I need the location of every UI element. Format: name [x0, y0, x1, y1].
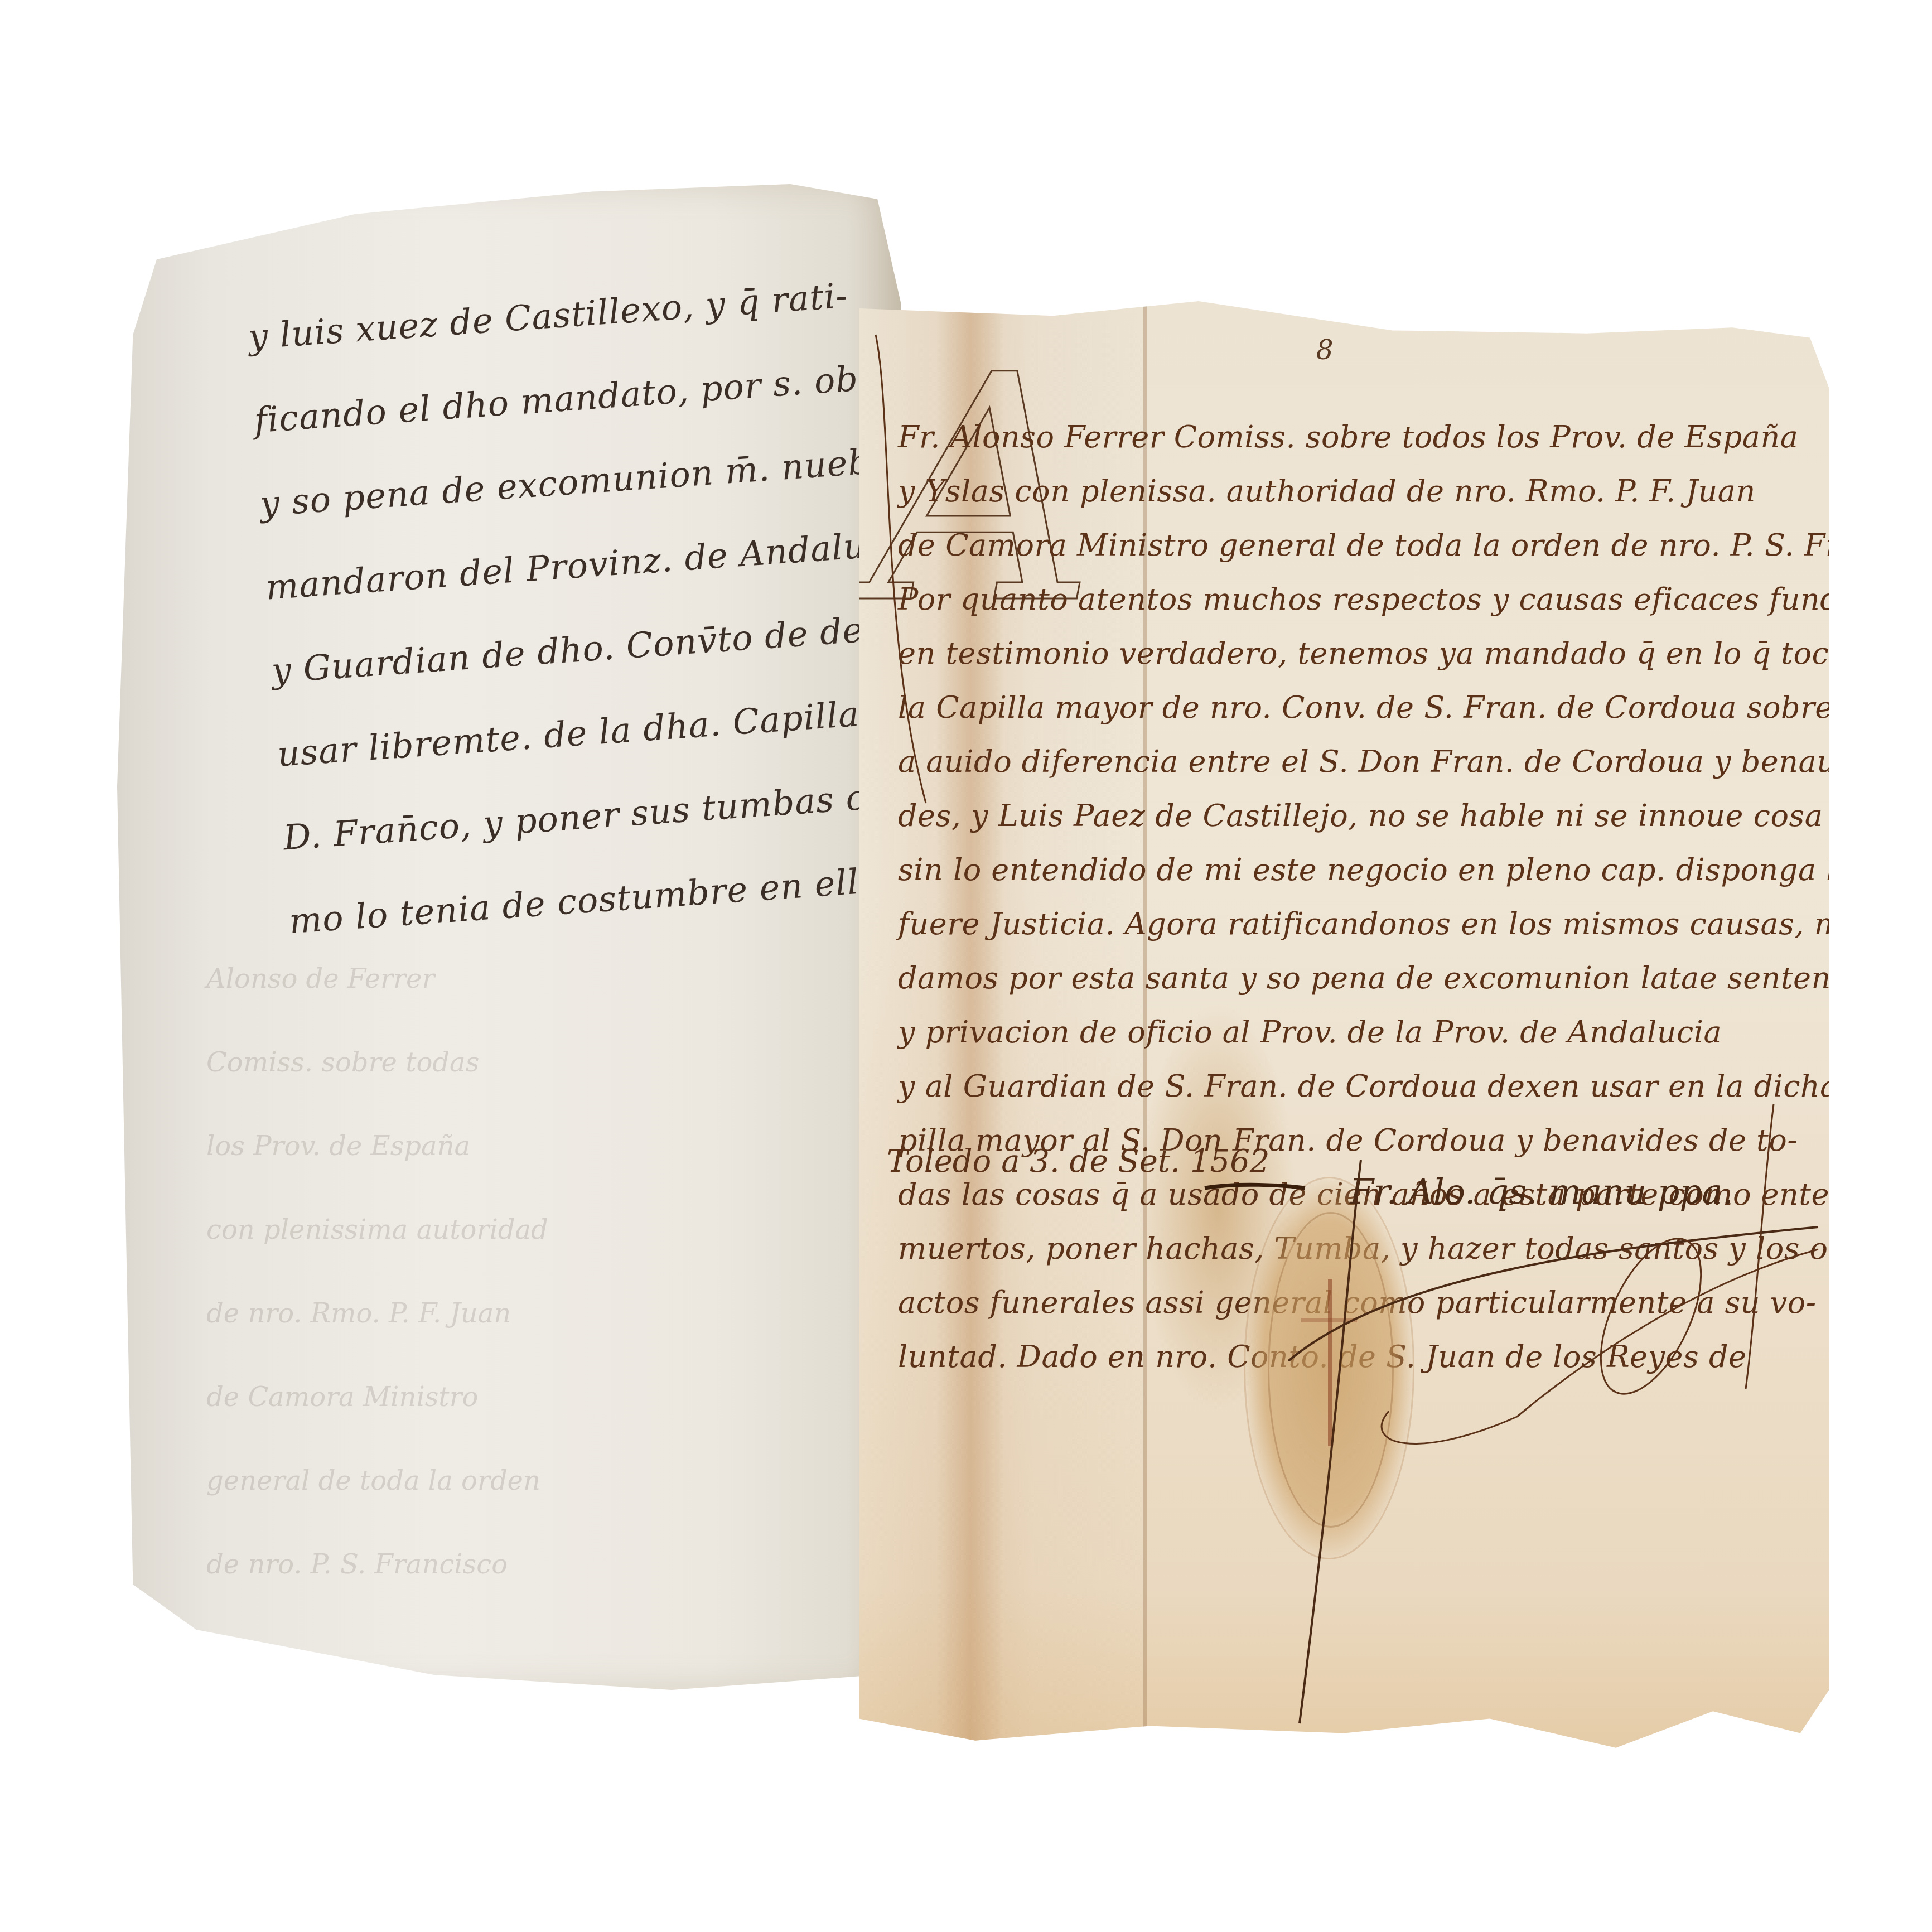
- seal-figure-arms: [1301, 1318, 1357, 1322]
- right-line: Por quanto atentos muchos respectos y ca…: [898, 572, 1813, 626]
- right-line: damos por esta santa y so pena de excomu…: [898, 951, 1813, 1005]
- bleed-line: con plenissima autoridad: [206, 1188, 876, 1272]
- right-line: y Yslas con plenissa. authoridad de nro.…: [898, 464, 1813, 518]
- right-page: 8 A Fr. Alonso Ferrer Comiss. sobre todo…: [859, 301, 1829, 1762]
- seal-icon: [1244, 1177, 1414, 1559]
- right-line: Fr. Alonso Ferrer Comiss. sobre todos lo…: [898, 410, 1813, 464]
- right-line: fuere Justicia. Agora ratificandonos en …: [898, 897, 1813, 951]
- left-page: y luis xuez de Castillexo, y q̄ rati- fi…: [117, 184, 909, 1690]
- bleed-through-text: Alonso de Ferrer Comiss. sobre todas los…: [206, 937, 876, 1606]
- bleed-line: de nro. P. S. Francisco: [206, 1523, 876, 1606]
- bleed-line: Comiss. sobre todas: [206, 1021, 876, 1104]
- bleed-line: los Prov. de España: [206, 1104, 876, 1188]
- folio-number: 8: [1316, 335, 1334, 366]
- right-line: a auido diferencia entre el S. Don Fran.…: [898, 735, 1813, 789]
- date-line: Toledo a 3. de Set. 1562: [887, 1143, 1269, 1180]
- bleed-line: general de toda la orden: [206, 1439, 876, 1523]
- seal-figure: [1328, 1279, 1332, 1446]
- manuscript-photo: y luis xuez de Castillexo, y q̄ rati- fi…: [0, 0, 1932, 1932]
- right-line: en testimonio verdadero, tenemos ya mand…: [898, 626, 1813, 680]
- bleed-line: Alonso de Ferrer: [206, 937, 876, 1021]
- right-line: de Camora Ministro general de toda la or…: [898, 518, 1813, 572]
- right-line: la Capilla mayor de nro. Conv. de S. Fra…: [898, 680, 1813, 735]
- right-line: y privacion de oficio al Prov. de la Pro…: [898, 1005, 1813, 1059]
- right-line: des, y Luis Paez de Castillejo, no se ha…: [898, 789, 1813, 843]
- right-line: y al Guardian de S. Fran. de Cordoua dex…: [898, 1059, 1813, 1113]
- signature: Fr. Alo. q̄s. manu ppa.: [1350, 1171, 1733, 1212]
- right-line: sin lo entendido de mi este negocio en p…: [898, 843, 1813, 897]
- bleed-line: de nro. Rmo. P. F. Juan: [206, 1272, 876, 1355]
- bleed-line: de Camora Ministro: [206, 1355, 876, 1439]
- left-page-text: y luis xuez de Castillexo, y q̄ rati- fi…: [245, 250, 949, 963]
